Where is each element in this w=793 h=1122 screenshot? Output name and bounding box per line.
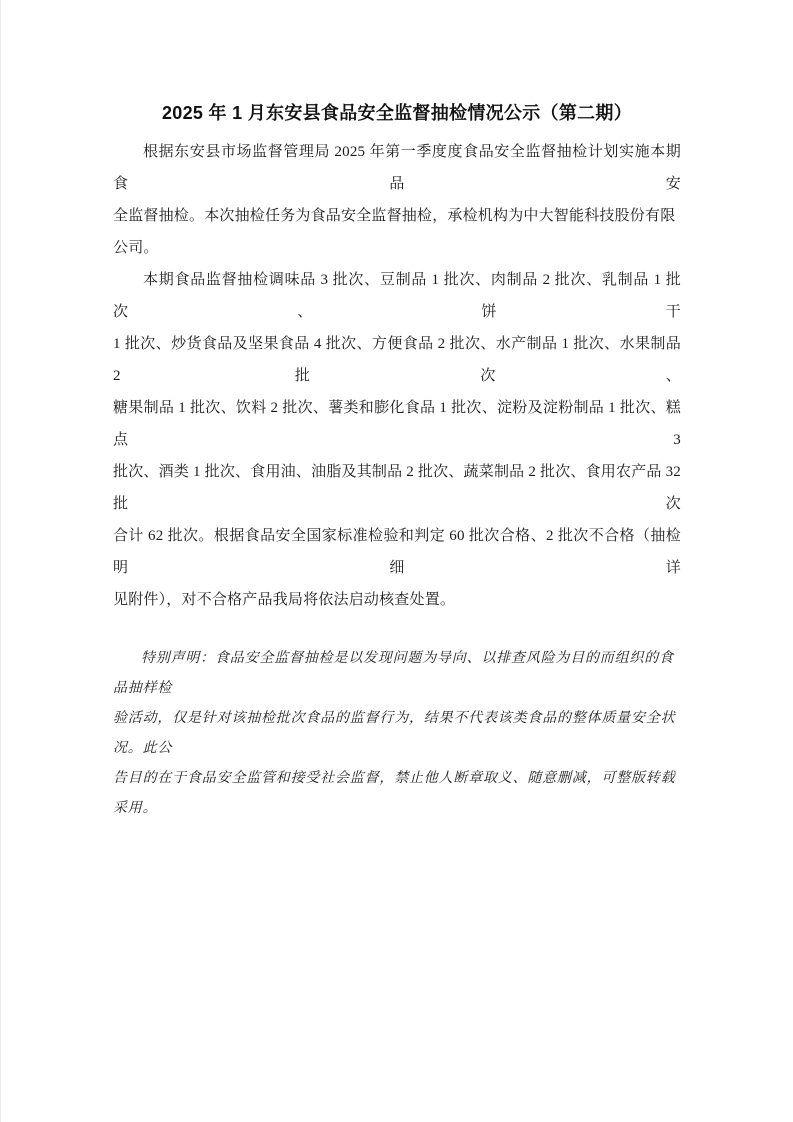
document-title: 2025 年 1 月东安县食品安全监督抽检情况公示（第二期） bbox=[1, 0, 793, 125]
document-body: 根据东安县市场监督管理局 2025 年第一季度度食品安全监督抽检计划实施本期食品… bbox=[1, 136, 793, 824]
text-line: 根据东安县市场监督管理局 2025 年第一季度度食品安全监督抽检计划实施本期食品… bbox=[113, 136, 681, 200]
text-line: 批次、酒类 1 批次、食用油、油脂及其制品 2 批次、蔬菜制品 2 批次、食用农… bbox=[113, 456, 681, 520]
text-line: 特别声明：食品安全监督抽检是以发现问题为导向、以排查风险为目的而组织的食品抽样检 bbox=[113, 644, 681, 704]
text-line: 本期食品监督抽检调味品 3 批次、豆制品 1 批次、肉制品 2 批次、乳制品 1… bbox=[113, 264, 681, 328]
text-line: 告目的在于食品安全监管和接受社会监督，禁止他人断章取义、随意删减，可整版转载采用… bbox=[113, 764, 681, 824]
text-line: 糖果制品 1 批次、饮料 2 批次、薯类和膨化食品 1 批次、淀粉及淀粉制品 1… bbox=[113, 392, 681, 456]
paragraph-batch-details: 本期食品监督抽检调味品 3 批次、豆制品 1 批次、肉制品 2 批次、乳制品 1… bbox=[113, 264, 681, 616]
paragraph-special-statement: 特别声明：食品安全监督抽检是以发现问题为导向、以排查风险为目的而组织的食品抽样检… bbox=[113, 644, 681, 824]
text-line: 1 批次、炒货食品及坚果食品 4 批次、方便食品 2 批次、水产制品 1 批次、… bbox=[113, 328, 681, 392]
text-line: 全监督抽检。本次抽检任务为食品安全监督抽检，承检机构为中大智能科技股份有限公司。 bbox=[113, 200, 681, 264]
text-line: 合计 62 批次。根据食品安全国家标准检验和判定 60 批次合格、2 批次不合格… bbox=[113, 520, 681, 584]
paragraph-overview: 根据东安县市场监督管理局 2025 年第一季度度食品安全监督抽检计划实施本期食品… bbox=[113, 136, 681, 264]
document-page: 2025 年 1 月东安县食品安全监督抽检情况公示（第二期） 根据东安县市场监督… bbox=[0, 0, 793, 1122]
text-line: 验活动，仅是针对该抽检批次食品的监督行为，结果不代表该类食品的整体质量安全状况。… bbox=[113, 704, 681, 764]
text-line: 见附件），对不合格产品我局将依法启动核查处置。 bbox=[113, 584, 681, 616]
